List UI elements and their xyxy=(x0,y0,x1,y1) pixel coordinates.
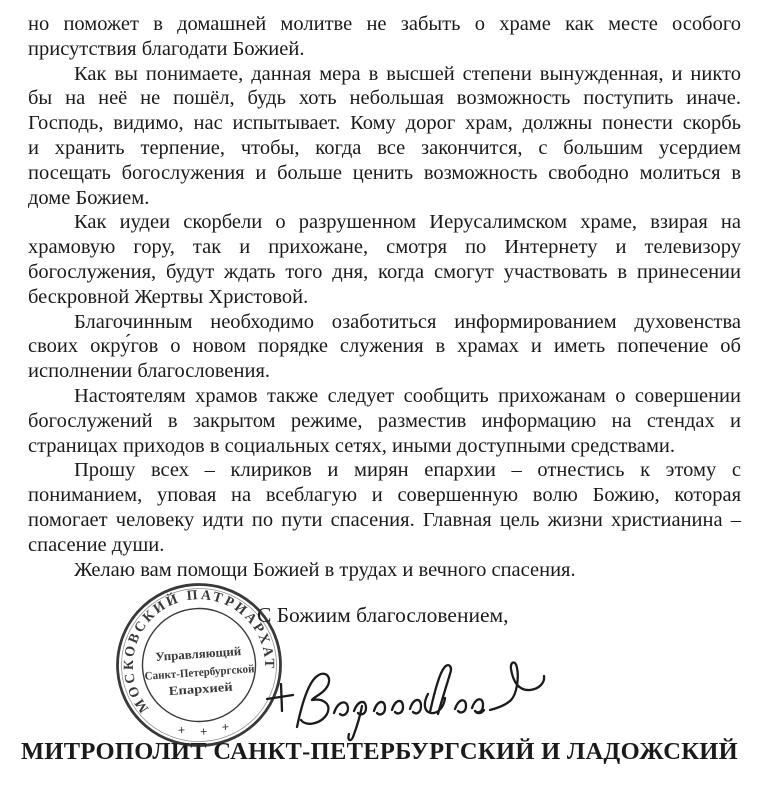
seal-cross-icon: + xyxy=(199,724,207,739)
text-line: Господь, видимо, нас испытывает. Кому до… xyxy=(28,111,741,136)
text-line: Настоятелям храмов также следует сообщит… xyxy=(28,384,741,409)
text-line: присутствия благодати Божией. xyxy=(28,37,741,62)
text-line: бы на неё не пошёл, будь хоть небольшая … xyxy=(28,86,741,111)
text-line: бескровной Жертвы Христовой. xyxy=(28,285,741,310)
text-line: посещать богослужения и больше ценить во… xyxy=(28,161,741,186)
text-line: Благочинным необходимо озаботиться инфор… xyxy=(28,310,741,335)
text-line: исполнении благословения. xyxy=(28,359,741,384)
seal-cross-icon: + xyxy=(221,719,229,734)
text-line: пониманием, уповая на всеблагую и соверш… xyxy=(28,483,741,508)
text-line: своих окру́гов о новом порядке служения … xyxy=(28,334,741,359)
text-line: Желаю вам помощи Божией в трудах и вечно… xyxy=(28,558,741,583)
seal-center-line-2: Санкт-Петербургской xyxy=(144,663,255,683)
scanned-letter-page: но поможет в домашней молитве не забыть … xyxy=(0,0,759,805)
text-line: страницах приходов в социальных сетях, и… xyxy=(28,434,741,459)
text-line: Прошу всех – клириков и мирян епархии – … xyxy=(28,458,741,483)
text-line: спасение души. xyxy=(28,533,741,558)
text-line: богослужений в закрытом режиме, размести… xyxy=(28,409,741,434)
closing-line: С Божиим благословением, xyxy=(257,603,509,628)
text-line: но поможет в домашней молитве не забыть … xyxy=(28,12,741,37)
text-line: и хранить терпение, чтобы, когда все зак… xyxy=(28,136,741,161)
seal-cross-icon: + xyxy=(177,722,185,737)
signature-path xyxy=(297,662,544,740)
patriarchate-seal: МОСКОВСКИЙ ПАТРИАРХАТ + + + Управляющий … xyxy=(114,581,284,749)
text-line: богослужения, будут ждать того дня, когд… xyxy=(28,260,741,285)
text-line: Как вы понимаете, данная мера в высшей с… xyxy=(28,62,741,87)
seal-center-line-1: Управляющий xyxy=(155,644,242,664)
seal-center-line-3: Епархией xyxy=(168,680,233,698)
text-line: помогает человеку идти по пути спасения.… xyxy=(28,508,741,533)
text-line: доме Божием. xyxy=(28,186,741,211)
text-line: Как иудеи скорбели о разрушенном Иерусал… xyxy=(28,210,741,235)
letter-body-text: но поможет в домашней молитве не забыть … xyxy=(28,12,741,582)
text-line: храмовую гору, так и прихожане, смотря п… xyxy=(28,235,741,260)
